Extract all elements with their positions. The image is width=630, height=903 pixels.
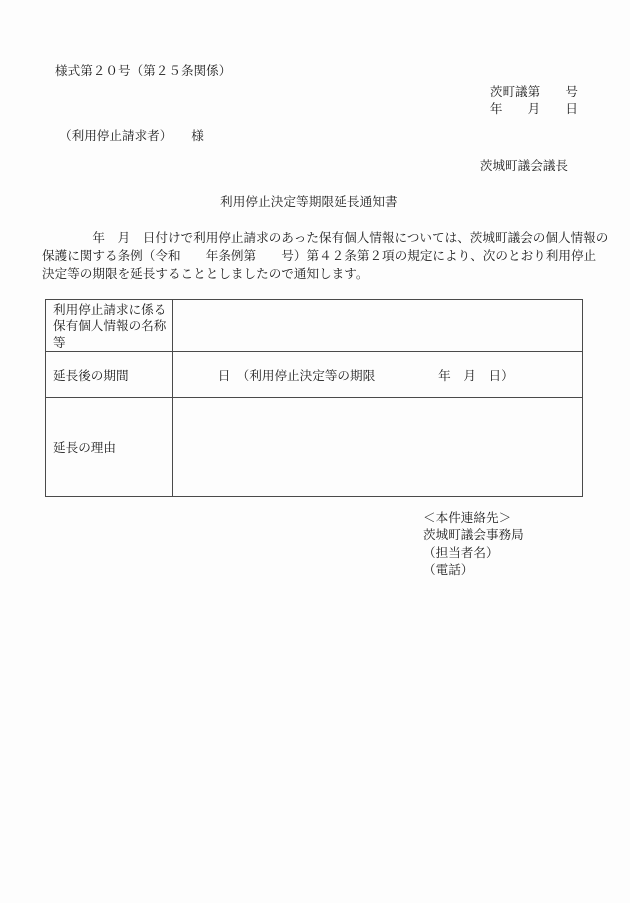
form-number: 様式第２０号（第２５条関係） xyxy=(55,60,231,79)
body-paragraph: 年 月 日付けで利用停止請求のあった保有個人情報については、茨城町議会の個人情報… xyxy=(42,229,602,283)
document-title: 利用停止決定等期限延長通知書 xyxy=(220,191,398,210)
sender-line: 茨城町議会議長 xyxy=(480,155,568,174)
contact-heading: ＜本件連絡先＞ xyxy=(423,510,524,527)
contact-block: ＜本件連絡先＞ 茨城町議会事務局 （担当者名） （電話） xyxy=(423,510,524,580)
row-value-information-name xyxy=(173,300,583,352)
document-page: 様式第２０号（第２５条関係） 茨町議第 号 年 月 日 （利用停止請求者） 様 … xyxy=(0,0,630,903)
notice-table: 利用停止請求に係る保有個人情報の名称等 延長後の期間 日 （利用停止決定等の期限… xyxy=(45,299,583,497)
date-line: 年 月 日 xyxy=(490,98,578,117)
row-value-extension-reason xyxy=(173,397,583,496)
contact-person: （担当者名） xyxy=(423,545,524,562)
table-row-extended-period: 延長後の期間 日 （利用停止決定等の期限 年 月 日） xyxy=(46,351,583,397)
row-label-extended-period: 延長後の期間 xyxy=(46,351,173,397)
recipient-line: （利用停止請求者） 様 xyxy=(59,125,204,144)
contact-phone: （電話） xyxy=(423,562,524,579)
table-row-information-name: 利用停止請求に係る保有個人情報の名称等 xyxy=(46,300,583,352)
contact-office: 茨城町議会事務局 xyxy=(423,527,524,544)
body-line-2: 保護に関する条例（令和 年条例第 号）第４２条第２項の規定により、次のとおり利用… xyxy=(42,247,602,265)
body-line-3: 決定等の期限を延長することとしましたので通知します。 xyxy=(42,265,602,283)
row-label-information-name: 利用停止請求に係る保有個人情報の名称等 xyxy=(46,300,173,352)
body-line-1: 年 月 日付けで利用停止請求のあった保有個人情報については、茨城町議会の個人情報… xyxy=(42,229,602,247)
row-label-extension-reason: 延長の理由 xyxy=(46,397,173,496)
table-row-extension-reason: 延長の理由 xyxy=(46,397,583,496)
row-value-extended-period: 日 （利用停止決定等の期限 年 月 日） xyxy=(173,351,583,397)
